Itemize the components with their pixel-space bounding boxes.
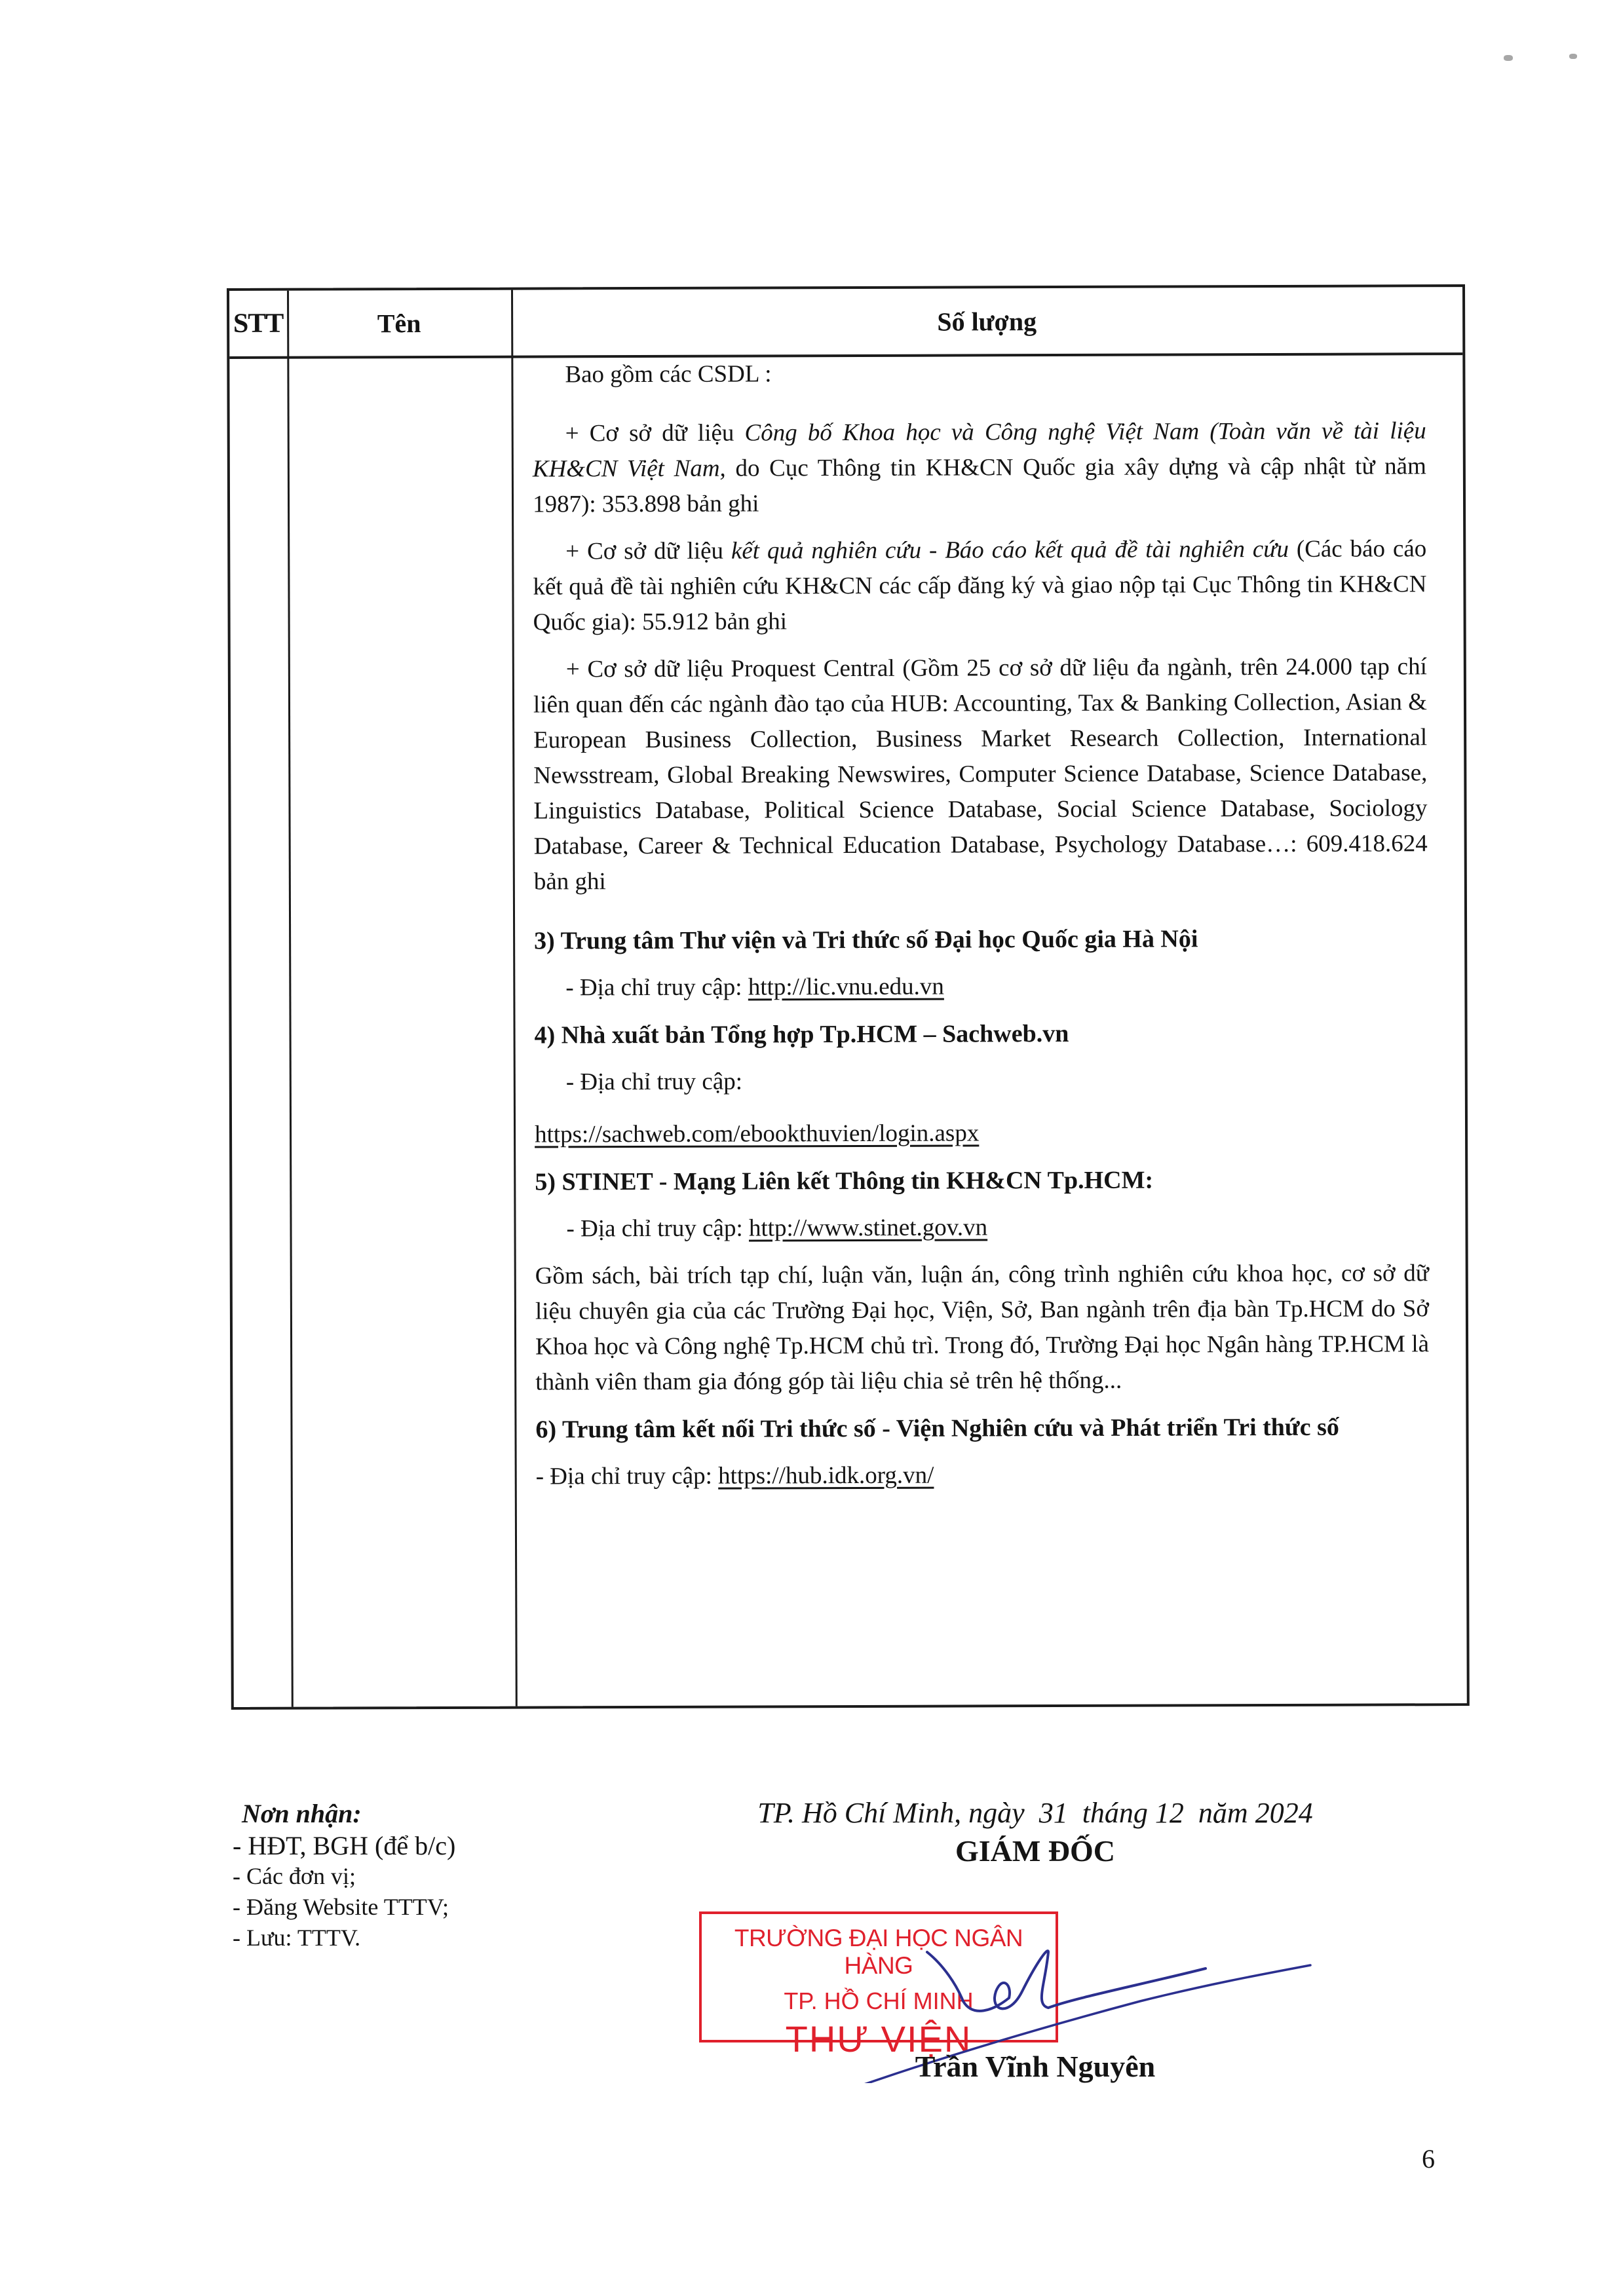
stamp-line-1: TRƯỜNG ĐẠI HỌC NGÂN HÀNG <box>702 1925 1056 1980</box>
column-divider <box>287 291 294 1707</box>
section-heading-3: 3) Trung tâm Thư viện và Tri thức số Đại… <box>534 920 1428 958</box>
recipient-item: - HĐT, BGH (để b/c) <box>233 1830 455 1861</box>
access-address: - Địa chỉ truy cập: http://www.stinet.go… <box>535 1209 1428 1247</box>
signature-block: TP. Hồ Chí Minh, ngày 31 tháng 12 năm 20… <box>695 1795 1376 1870</box>
signer-name: Trần Vĩnh Nguyên <box>695 2049 1376 2084</box>
idk-hub-link[interactable]: https://hub.idk.org.vn/ <box>718 1462 934 1490</box>
stinet-link[interactable]: http://www.stinet.gov.vn <box>749 1214 987 1241</box>
official-stamp: TRƯỜNG ĐẠI HỌC NGÂN HÀNG TP. HỒ CHÍ MINH… <box>699 1911 1058 2042</box>
resource-table: STT Tên Số lượng Bao gồm các CSDL : + Cơ… <box>227 284 1470 1710</box>
access-address: https://sachweb.com/ebookthuvien/login.a… <box>535 1114 1428 1152</box>
signer-title: GIÁM ĐỐC <box>695 1833 1376 1870</box>
section-heading-6: 6) Trung tâm kết nối Tri thức số - Viện … <box>535 1409 1429 1447</box>
recipients-title: Nơn nhận: <box>242 1798 455 1829</box>
sign-date: TP. Hồ Chí Minh, ngày 31 tháng 12 năm 20… <box>695 1795 1376 1832</box>
intro-text: Bao gồm các CSDL : <box>532 354 1426 392</box>
so-luong-cell: Bao gồm các CSDL : + Cơ sở dữ liệu Công … <box>532 354 1429 1494</box>
database-entry-vista: + Cơ sở dữ liệu Công bố Khoa học và Công… <box>533 413 1427 522</box>
page-number: 6 <box>1422 2143 1435 2174</box>
recipients-block: Nơn nhận: - HĐT, BGH (để b/c) - Các đơn … <box>233 1798 455 1953</box>
access-address-label: - Địa chỉ truy cập: <box>535 1062 1428 1100</box>
recipient-item: - Lưu: TTTV. <box>233 1923 455 1953</box>
header-ten: Tên <box>287 290 511 356</box>
section-heading-4: 4) Nhà xuất bản Tổng hợp Tp.HCM – Sachwe… <box>535 1015 1428 1053</box>
database-entry-proquest: + Cơ sở dữ liệu Proquest Central (Gồm 25… <box>533 649 1428 899</box>
database-title: kết quả nghiên cứu - Báo cáo kết quả đề … <box>731 536 1289 565</box>
header-stt: STT <box>229 291 287 356</box>
section-heading-5: 5) STINET - Mạng Liên kết Thông tin KH&C… <box>535 1161 1428 1199</box>
vnu-link[interactable]: http://lic.vnu.edu.vn <box>748 973 944 1001</box>
access-address: - Địa chỉ truy cập: http://lic.vnu.edu.v… <box>534 968 1428 1006</box>
recipient-item: - Đăng Website TTTV; <box>233 1892 455 1923</box>
access-address: - Địa chỉ truy cập: https://hub.idk.org.… <box>536 1456 1430 1494</box>
stamp-line-2: TP. HỒ CHÍ MINH <box>702 1987 1056 2015</box>
scan-artifact <box>1569 54 1577 59</box>
column-divider <box>511 290 518 1706</box>
scan-artifact <box>1504 55 1513 61</box>
database-entry-research-results: + Cơ sở dữ liệu kết quả nghiên cứu - Báo… <box>533 531 1427 640</box>
recipient-item: - Các đơn vị; <box>233 1861 455 1892</box>
sachweb-link[interactable]: https://sachweb.com/ebookthuvien/login.a… <box>535 1120 979 1148</box>
header-so-luong: Số lượng <box>511 287 1462 356</box>
stinet-description: Gồm sách, bài trích tạp chí, luận văn, l… <box>535 1256 1430 1400</box>
